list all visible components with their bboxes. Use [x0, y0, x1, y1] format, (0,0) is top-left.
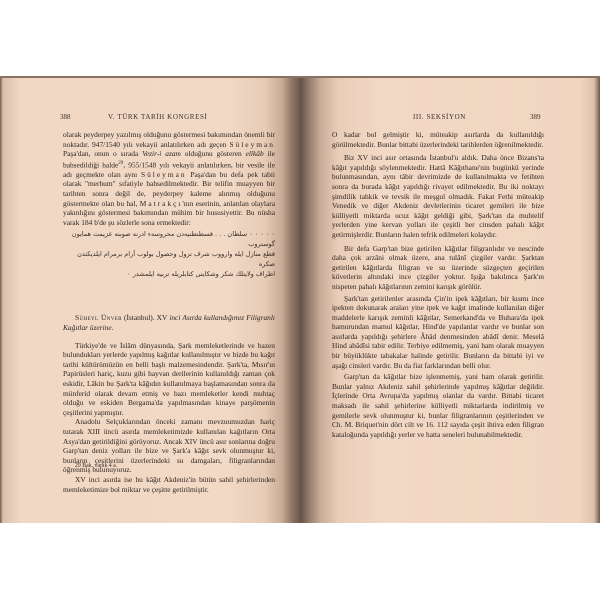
left-paragraph-1: olarak peyderpey yazılmış olduğunu göste…	[63, 130, 275, 227]
right-paragraph-4: Şark'tan getirilenler arasında Çin'in ip…	[332, 294, 544, 371]
left-body-text: olarak peyderpey yazılmış olduğunu göste…	[63, 130, 275, 494]
left-running-head: V. TÜRK TARİH KONGRESİ	[108, 113, 207, 121]
right-paragraph-2: Biz XV inci asır ortasında İstanbul'u al…	[332, 153, 544, 239]
footnote: 29 Bak. varak 4 a.	[75, 463, 117, 469]
left-page: 388 V. TÜRK TARİH KONGRESİ olarak peyder…	[0, 78, 300, 523]
right-paragraph-1: O kadar bol gelmiştir ki, müteakip asırl…	[332, 130, 544, 149]
footnote-ref: 29	[118, 161, 123, 166]
right-running-head: III. SEKSİYON	[413, 113, 466, 121]
right-paragraph-5: Garp'tan da kâğıtlar bize işlenmemiş, ya…	[332, 372, 544, 439]
arabic-quote: ٠ ٠ ٠ ٠ ٠ سلطان . . . قسطنطنیه‌دن محروسه…	[63, 229, 275, 279]
book-top-edge	[0, 76, 600, 78]
left-page-number: 388	[60, 113, 71, 121]
article-paragraph-1: Türkiye'de ve İslâm dünyasında, Şark mem…	[63, 341, 275, 418]
right-page: III. SEKSİYON 389 O kadar bol gelmiştir …	[300, 78, 600, 523]
right-body-text: O kadar bol gelmiştir ki, müteakip asırl…	[332, 130, 544, 439]
right-paragraph-3: Bir defa Garp'tan bize getirilen kâğıtla…	[332, 244, 544, 292]
article-author: Süheyl Ünver	[75, 313, 122, 322]
article-heading: Süheyl Ünver (İstanbul). XV inci Asırda …	[63, 313, 275, 332]
right-page-number: 389	[530, 113, 541, 121]
article-paragraph-3: XV inci asırda ise bu kâğıt Akdeniz'in b…	[63, 475, 275, 494]
